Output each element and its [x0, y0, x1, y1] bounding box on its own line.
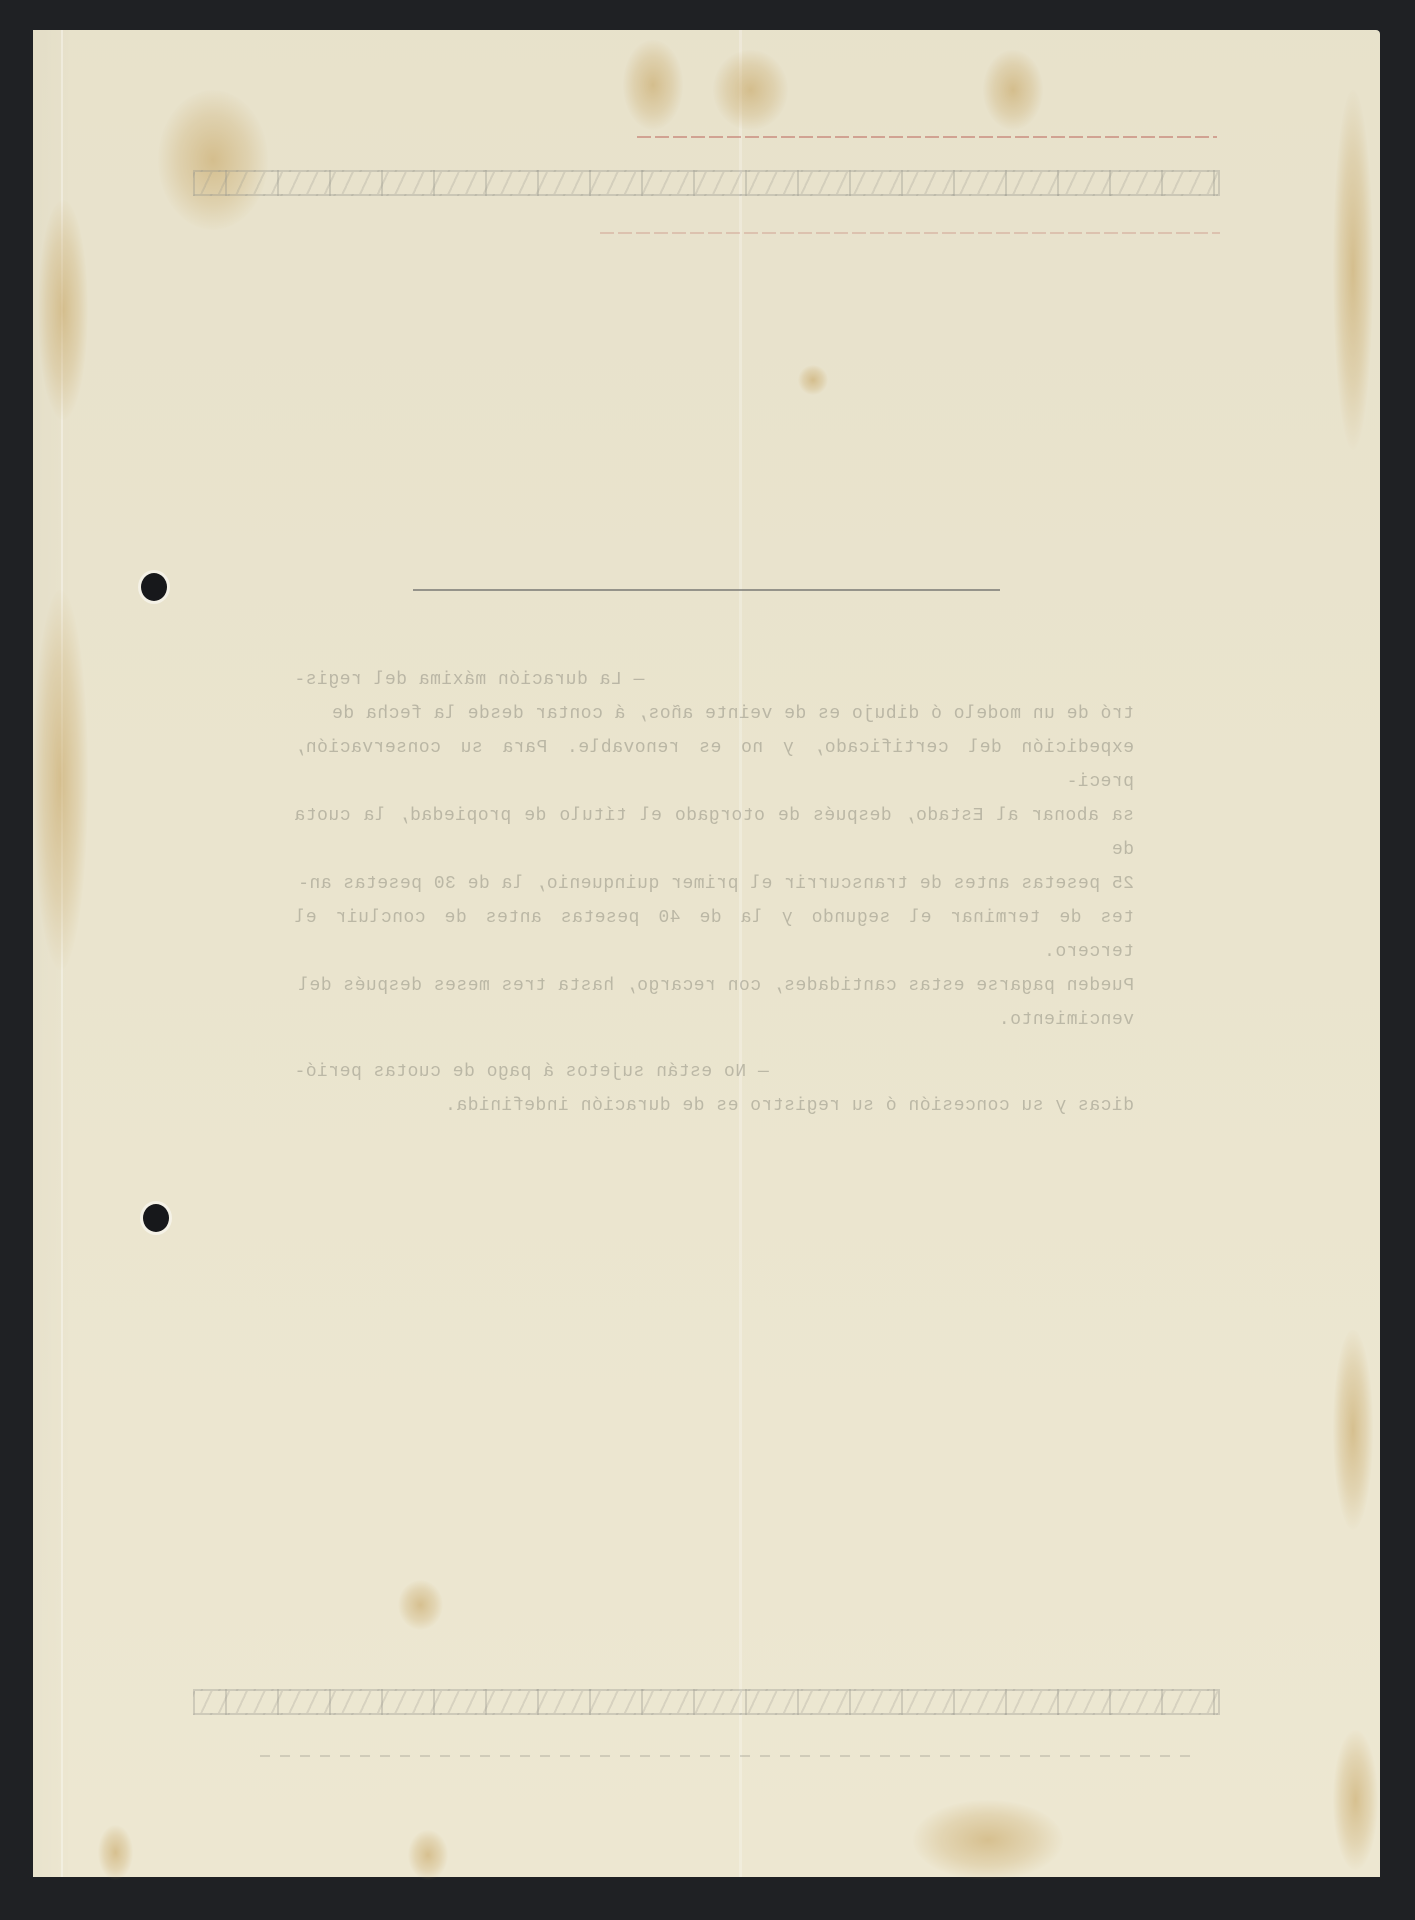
heading-underline-rule — [413, 589, 1000, 591]
foxing-stain — [408, 1830, 448, 1880]
text-line: sa abonar al Estado, después de otorgado… — [294, 799, 1134, 867]
foxing-stain — [623, 40, 683, 130]
text-line: tes de terminar el segundo y la de 40 pe… — [294, 901, 1134, 969]
text-line: vencimiento. — [294, 1003, 1134, 1037]
text-line: expedición del certificado, y no es reno… — [294, 731, 1134, 799]
foxing-stain — [1333, 1330, 1373, 1530]
foxing-stain — [1333, 1730, 1378, 1870]
text-line: Pueden pagarse estas cantidades, con rec… — [294, 969, 1134, 1003]
foxing-stain — [398, 1580, 443, 1630]
punch-hole — [143, 1204, 169, 1232]
foxing-stain — [713, 50, 788, 130]
text-line: — No están sujetos á pago de cuotas peri… — [294, 1055, 1134, 1089]
text-line: dicas y su concesión ó su registro es de… — [294, 1089, 1134, 1123]
foxing-stain — [38, 200, 88, 420]
text-line: — La duración máxima del regis- — [294, 663, 1134, 697]
bottom-faint-rule — [260, 1755, 1190, 1757]
text-line: tró de un modelo ó dibujo es de veinte a… — [294, 697, 1134, 731]
top-lower-red-rule — [600, 232, 1220, 234]
foxing-stain — [33, 590, 88, 970]
top-red-rule — [637, 136, 1217, 138]
foxing-stain — [98, 1825, 133, 1880]
bottom-greek-key-border — [193, 1689, 1220, 1715]
foxing-stain — [1333, 90, 1373, 450]
foxing-stain — [983, 50, 1043, 130]
punch-hole — [141, 573, 167, 601]
top-greek-key-border — [193, 170, 1220, 196]
mirrored-bleed-through-text: — La duración máxima del regis- tró de u… — [294, 663, 1134, 1123]
foxing-stain — [158, 90, 268, 230]
text-line: 25 pesetas antes de transcurrir el prime… — [294, 867, 1134, 901]
foxing-stain — [798, 365, 828, 395]
foxing-stain — [913, 1800, 1063, 1880]
